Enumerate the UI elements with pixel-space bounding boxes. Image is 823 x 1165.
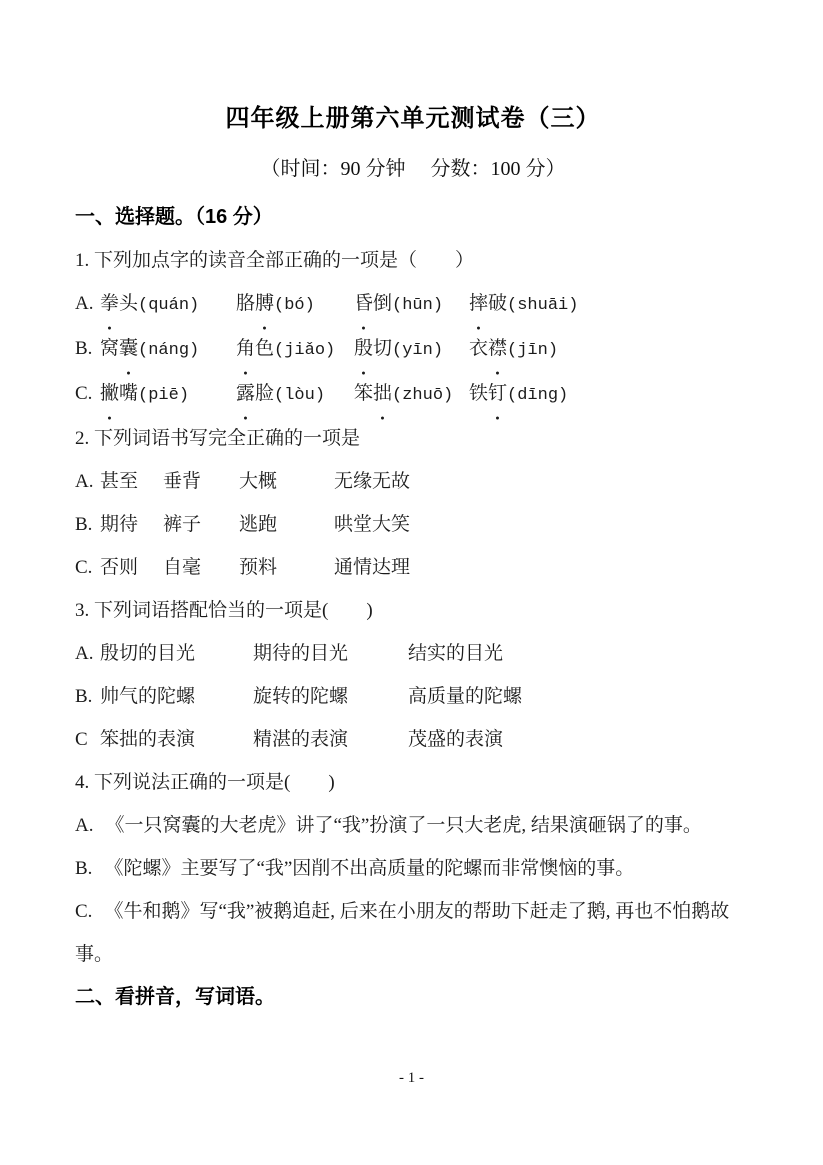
phrase: 茂盛的表演 — [408, 718, 751, 761]
q2-option-b-row: B. 期待 裤子 逃跑 哄堂大笑 — [75, 503, 751, 546]
option-label: C — [75, 718, 100, 761]
word: 期待 — [100, 503, 163, 546]
statement-text: 《一只窝囊的大老虎》讲了“我”扮演了一只大老虎, 结果演砸锅了的事。 — [105, 815, 701, 836]
page-number: - 1 - — [0, 1070, 823, 1087]
q2-option-c-row: C. 否则 自毫 预料 通情达理 — [75, 546, 751, 589]
option-label: A. — [75, 282, 100, 325]
option-label: A. — [75, 460, 100, 503]
phrase: 笨拙的表演 — [100, 718, 253, 761]
word: 自毫 — [163, 546, 239, 589]
word-with-pinyin: 笨拙(zhuō) — [354, 372, 469, 417]
question-4-stem: 4. 下列说法正确的一项是( ) — [75, 761, 751, 804]
paper-title: 四年级上册第六单元测试卷（三） — [75, 104, 751, 134]
word: 垂背 — [163, 460, 239, 503]
option-label: C. — [75, 372, 100, 415]
word-with-pinyin: 铁钉(dīng) — [469, 372, 751, 417]
phrase: 旋转的陀螺 — [253, 675, 408, 718]
phrase: 殷切的目光 — [100, 632, 253, 675]
word: 无缘无故 — [334, 460, 751, 503]
word-with-pinyin: 胳膊(bó) — [236, 282, 354, 327]
q4-option-b: B.《陀螺》主要写了“我”因削不出高质量的陀螺而非常懊恼的事。 — [75, 847, 751, 890]
option-label: B. — [75, 858, 92, 879]
q1-option-c-row: C. 撇嘴(piē) 露脸(lòu) 笨拙(zhuō) 铁钉(dīng) — [75, 372, 751, 417]
option-label: A. — [75, 815, 93, 836]
option-label: B. — [75, 327, 100, 370]
statement-text: 《牛和鹅》写“我”被鹅追赶, 后来在小朋友的帮助下赶走了鹅, 再也不怕鹅故事。 — [75, 901, 729, 965]
option-label: A. — [75, 632, 100, 675]
question-2-stem: 2. 下列词语书写完全正确的一项是 — [75, 417, 751, 460]
q3-option-c-row: C 笨拙的表演 精湛的表演 茂盛的表演 — [75, 718, 751, 761]
phrase: 结实的目光 — [408, 632, 751, 675]
q3-option-a-row: A. 殷切的目光 期待的目光 结实的目光 — [75, 632, 751, 675]
word-with-pinyin: 窝囊(náng) — [100, 327, 236, 372]
question-1-stem: 1. 下列加点字的读音全部正确的一项是（ ） — [75, 239, 751, 282]
word-with-pinyin: 角色(jiǎo) — [236, 327, 354, 372]
word: 甚至 — [100, 460, 163, 503]
option-label: B. — [75, 675, 100, 718]
q1-option-b-row: B. 窝囊(náng) 角色(jiǎo) 殷切(yīn) 衣襟(jīn) — [75, 327, 751, 372]
section-2-heading: 二、看拼音，写词语。 — [75, 976, 751, 1019]
word-with-pinyin: 摔破(shuāi) — [469, 282, 751, 327]
option-label: B. — [75, 503, 100, 546]
phrase: 高质量的陀螺 — [408, 675, 751, 718]
word: 否则 — [100, 546, 163, 589]
word: 逃跑 — [239, 503, 334, 546]
option-label: C. — [75, 901, 92, 922]
phrase: 帅气的陀螺 — [100, 675, 253, 718]
exam-time-score-meta: （时间：90 分钟 分数：100 分） — [75, 156, 751, 182]
statement-text: 《陀螺》主要写了“我”因削不出高质量的陀螺而非常懊恼的事。 — [104, 858, 634, 879]
phrase: 精湛的表演 — [253, 718, 408, 761]
word: 大概 — [239, 460, 334, 503]
q3-option-b-row: B. 帅气的陀螺 旋转的陀螺 高质量的陀螺 — [75, 675, 751, 718]
q1-option-a-row: A. 拳头(quán) 胳膊(bó) 昏倒(hūn) 摔破(shuāi) — [75, 282, 751, 327]
word: 哄堂大笑 — [334, 503, 751, 546]
word: 通情达理 — [334, 546, 751, 589]
word-with-pinyin: 衣襟(jīn) — [469, 327, 751, 372]
test-paper-page: 四年级上册第六单元测试卷（三） （时间：90 分钟 分数：100 分） 一、选择… — [0, 0, 823, 1165]
section-1-heading: 一、选择题。（16 分） — [75, 196, 751, 239]
option-label: C. — [75, 546, 100, 589]
word: 裤子 — [163, 503, 239, 546]
phrase: 期待的目光 — [253, 632, 408, 675]
question-3-stem: 3. 下列词语搭配恰当的一项是( ) — [75, 589, 751, 632]
word-with-pinyin: 殷切(yīn) — [354, 327, 469, 372]
q4-option-a: A.《一只窝囊的大老虎》讲了“我”扮演了一只大老虎, 结果演砸锅了的事。 — [75, 804, 751, 847]
word-with-pinyin: 露脸(lòu) — [236, 372, 354, 417]
word-with-pinyin: 撇嘴(piē) — [100, 372, 236, 417]
word: 预料 — [239, 546, 334, 589]
q2-option-a-row: A. 甚至 垂背 大概 无缘无故 — [75, 460, 751, 503]
word-with-pinyin: 拳头(quán) — [100, 282, 236, 327]
q4-option-c: C.《牛和鹅》写“我”被鹅追赶, 后来在小朋友的帮助下赶走了鹅, 再也不怕鹅故事… — [75, 890, 751, 976]
word-with-pinyin: 昏倒(hūn) — [354, 282, 469, 327]
